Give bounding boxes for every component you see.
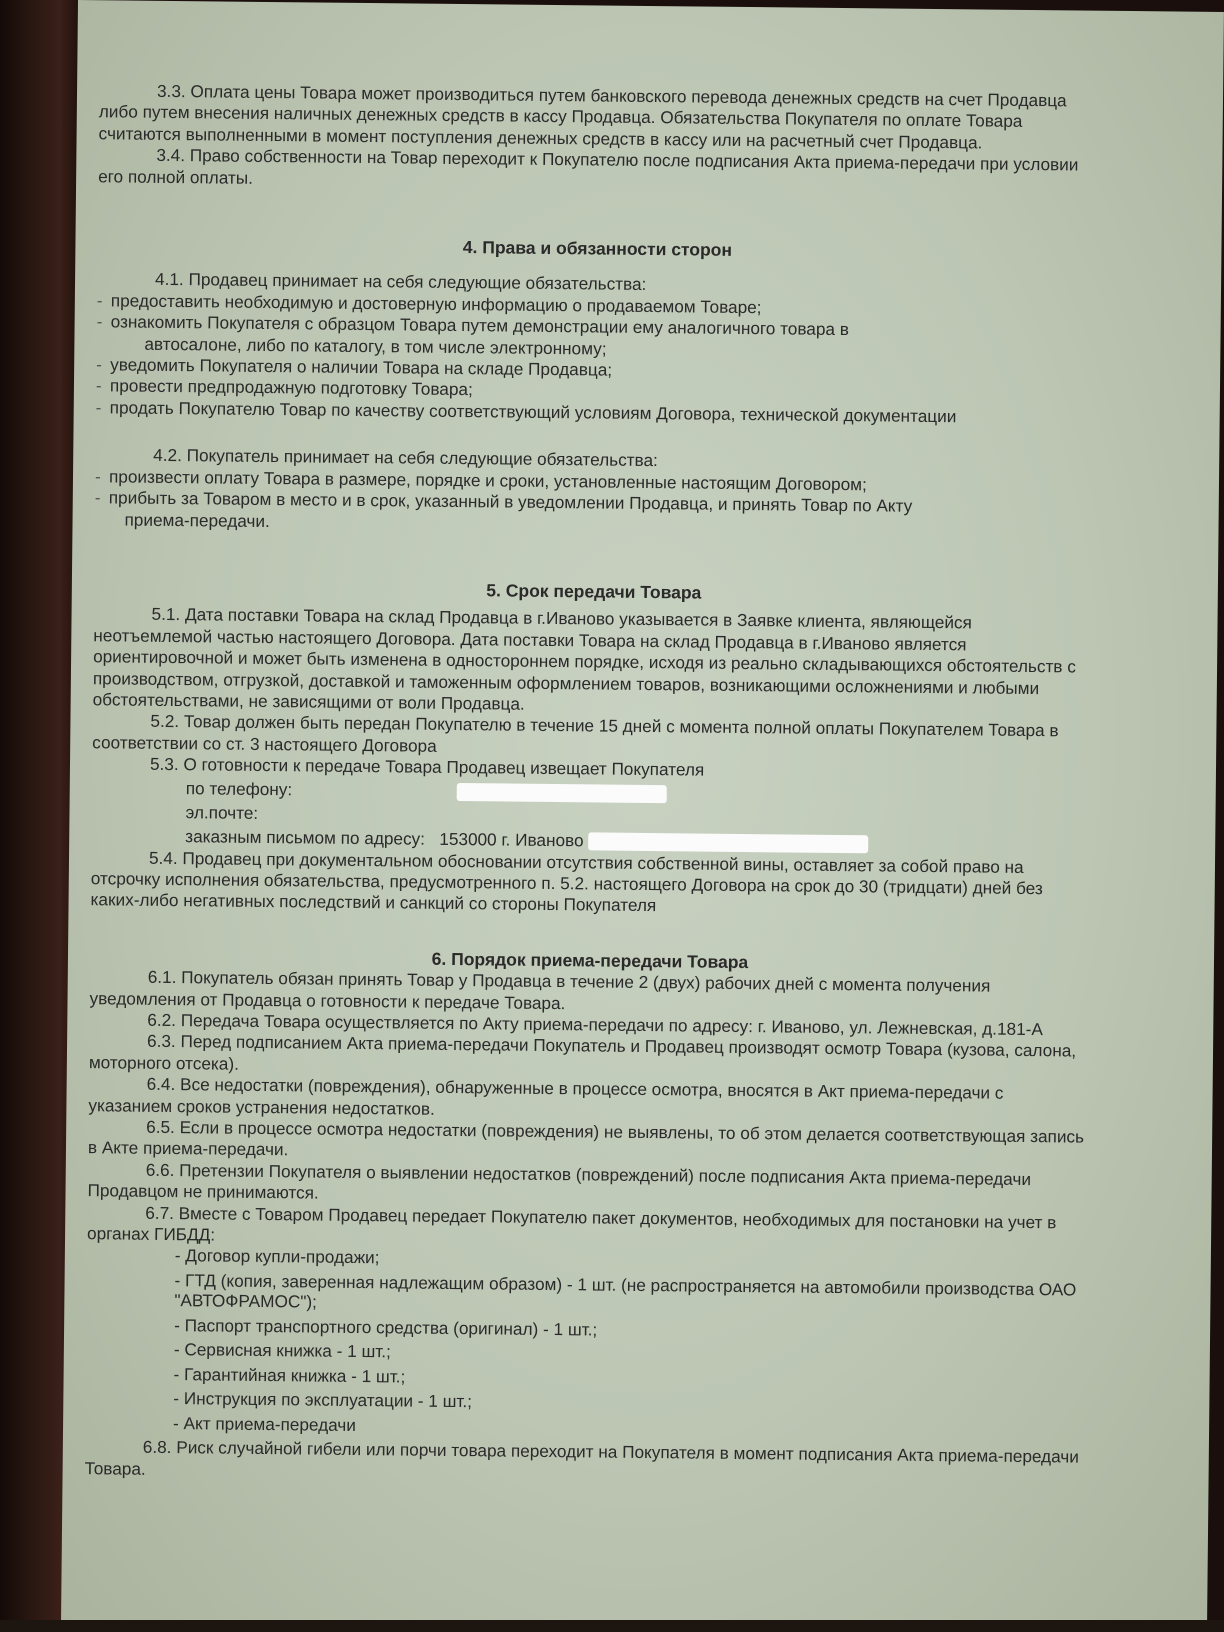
list-item: - ГТД (копия, заверенная надлежащим обра…	[174, 1270, 1086, 1321]
page-bottom-edge	[0, 1620, 1224, 1632]
clause-3-3: 3.3. Оплата цены Товара может производит…	[98, 80, 1099, 155]
redacted-address	[588, 832, 868, 853]
documents-list: - Договор купли-продажи; - ГТД (копия, з…	[85, 1245, 1087, 1443]
clause-6-8: 6.8. Риск случайной гибели или порчи тов…	[85, 1437, 1085, 1490]
redacted-phone	[457, 783, 667, 803]
document-content: 3.3. Оплата цены Товара может производит…	[85, 80, 1100, 1490]
clause-5-1: 5.1. Дата поставки Товара на склад Прода…	[93, 604, 1094, 721]
document-page: 3.3. Оплата цены Товара может производит…	[61, 0, 1224, 1632]
clause-5-4: 5.4. Продавец при документальном обоснов…	[90, 847, 1091, 922]
